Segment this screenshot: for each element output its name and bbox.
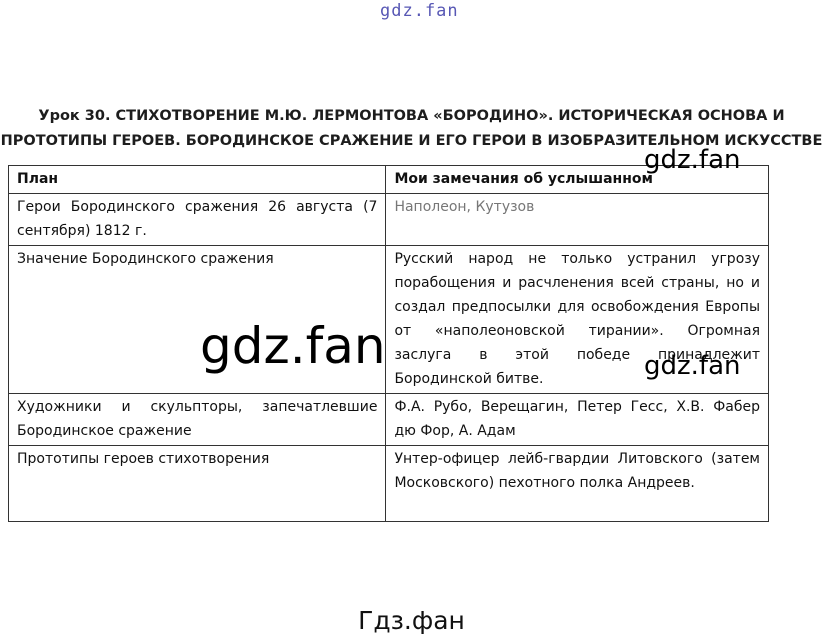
row-plan-cell: Прототипы героев стихотворения [9, 446, 386, 522]
row-notes-cell: Ф.А. Рубо, Верещагин, Петер Гесс, Х.В. Ф… [386, 394, 769, 446]
header-plan: План [9, 166, 386, 194]
row-plan-cell: Художники и скульпторы, запечатлевшие Бо… [9, 394, 386, 446]
table-row: Художники и скульпторы, запечатлевшие Бо… [9, 394, 769, 446]
table-row: Герои Бородинского сражения 26 августа (… [9, 194, 769, 246]
watermark-bottom: Гдз.фан [0, 606, 823, 635]
watermark-right-upper: gdz.fan [644, 146, 740, 174]
table-row: Прототипы героев стихотворения Унтер-офи… [9, 446, 769, 522]
lesson-title-line-1: Урок 30. СТИХОТВОРЕНИЕ М.Ю. ЛЕРМОНТОВА «… [0, 104, 823, 129]
row-plan-cell: Герои Бородинского сражения 26 августа (… [9, 194, 386, 246]
lesson-plan-table: План Мои замечания об услышанном Герои Б… [8, 165, 769, 522]
watermark-right-lower: gdz.fan [644, 352, 740, 380]
watermark-center-large: gdz.fan [200, 318, 386, 374]
watermark-top: gdz.fan [380, 1, 459, 21]
row-notes-cell: Наполеон, Кутузов [386, 194, 769, 246]
row-notes-cell: Унтер-офицер лейб-гвардии Литовского (за… [386, 446, 769, 522]
